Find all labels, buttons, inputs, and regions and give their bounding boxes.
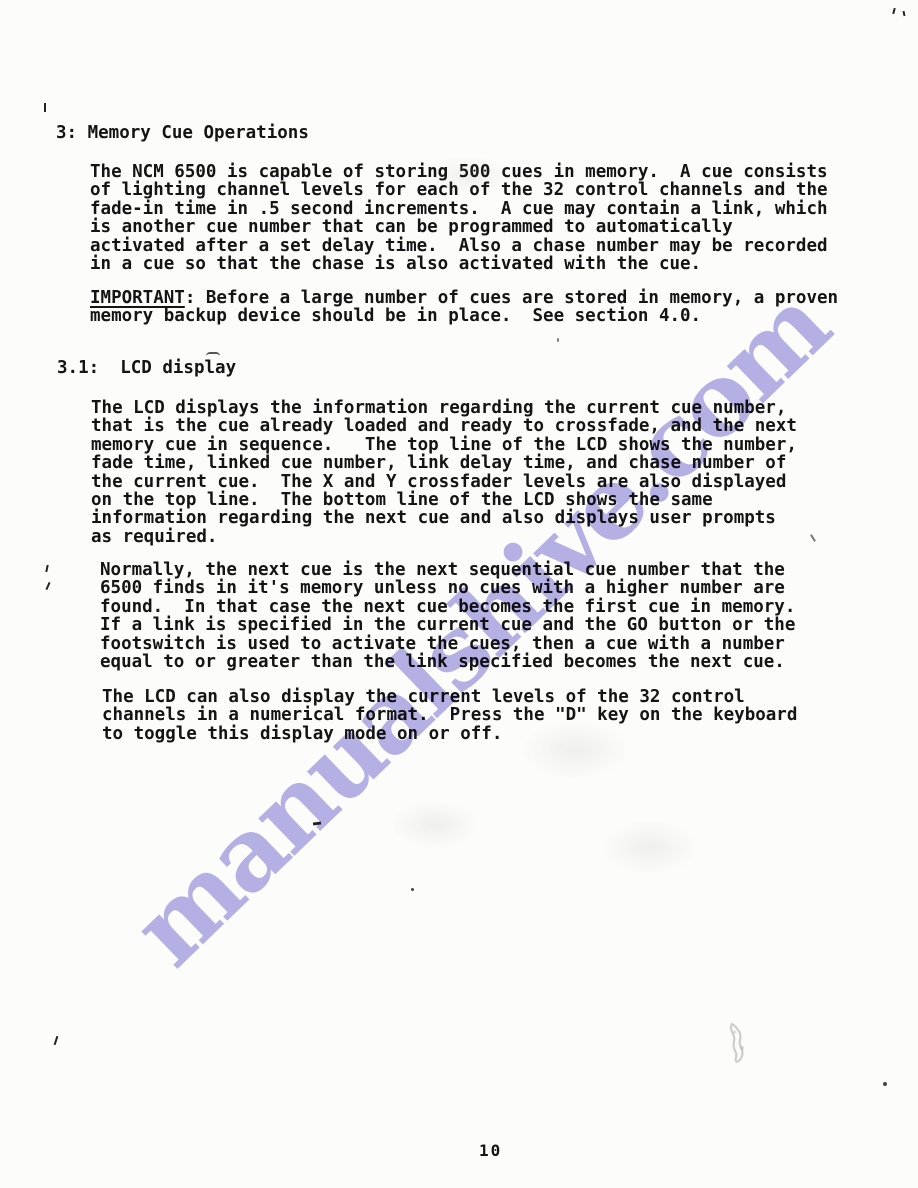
scan-blotch	[520, 720, 630, 780]
text-line: channels in a numerical format. Press th…	[102, 706, 797, 724]
scan-artifact-tick	[44, 103, 46, 112]
text-line: fade-in time in .5 second increments. A …	[90, 200, 828, 218]
scan-artifact-tick	[45, 565, 48, 572]
text-line: information regarding the next cue and a…	[91, 509, 797, 527]
text-line: footswitch is used to activate the cues,…	[100, 635, 795, 653]
important-rest: : Before a large number of cues are stor…	[185, 288, 838, 308]
text-line: IMPORTANT: Before a large number of cues…	[90, 289, 838, 307]
text-line: 6500 finds in it's memory unless no cues…	[100, 579, 795, 597]
page-number: 10	[479, 1141, 502, 1160]
paragraph-important: IMPORTANT: Before a large number of cues…	[90, 289, 838, 326]
text-line: is another cue number that can be progra…	[90, 218, 828, 236]
scan-artifact-dot	[557, 338, 559, 342]
text-line: Normally, the next cue is the next seque…	[100, 561, 795, 579]
text-line: as required.	[91, 528, 797, 546]
scan-artifact-tick	[45, 582, 50, 590]
paragraph-lcd-display: The LCD displays the information regardi…	[91, 399, 797, 546]
text-line: the current cue. The X and Y crossfader …	[91, 473, 797, 491]
scan-artifact-arrow	[313, 821, 321, 825]
text-line: memory cue in sequence. The top line of …	[91, 436, 797, 454]
text-line: The LCD can also display the current lev…	[102, 688, 797, 706]
text-line: If a link is specified in the current cu…	[100, 616, 795, 634]
scan-artifact-dot	[546, 446, 548, 448]
important-label: IMPORTANT	[90, 288, 185, 308]
paragraph-numeric-display: The LCD can also display the current lev…	[102, 688, 797, 743]
scan-artifact-dot	[411, 888, 414, 891]
scan-artifact-tick	[903, 11, 906, 16]
text-line: memory backup device should be in place.…	[90, 307, 838, 325]
scan-artifact-dot	[883, 1082, 887, 1086]
scan-blotch	[430, 155, 510, 195]
scan-artifact-tilde	[206, 352, 220, 360]
scan-blotch	[600, 820, 700, 875]
subsection-heading: 3.1: LCD display	[57, 359, 236, 377]
text-line: in a cue so that the chase is also activ…	[90, 255, 828, 273]
scan-artifact-tick	[892, 8, 895, 14]
text-line: activated after a set delay time. Also a…	[90, 237, 828, 255]
text-line: The LCD displays the information regardi…	[91, 399, 797, 417]
text-line: fade time, linked cue number, link delay…	[91, 454, 797, 472]
scan-blotch	[390, 800, 480, 850]
text-line: that is the cue already loaded and ready…	[91, 417, 797, 435]
scan-smudge	[722, 1018, 758, 1070]
text-line: found. In that case the next cue becomes…	[100, 598, 795, 616]
paragraph-next-cue: Normally, the next cue is the next seque…	[100, 561, 795, 671]
scan-artifact-tick	[54, 1036, 59, 1045]
text-line: on the top line. The bottom line of the …	[91, 491, 797, 509]
section-heading: 3: Memory Cue Operations	[56, 124, 309, 142]
text-line: to toggle this display mode on or off.	[102, 725, 797, 743]
scanned-manual-page: manualshive.com 3: Memory Cue Operations…	[0, 0, 918, 1188]
scan-artifact-tick	[810, 534, 816, 542]
text-line: equal to or greater than the link specif…	[100, 653, 795, 671]
